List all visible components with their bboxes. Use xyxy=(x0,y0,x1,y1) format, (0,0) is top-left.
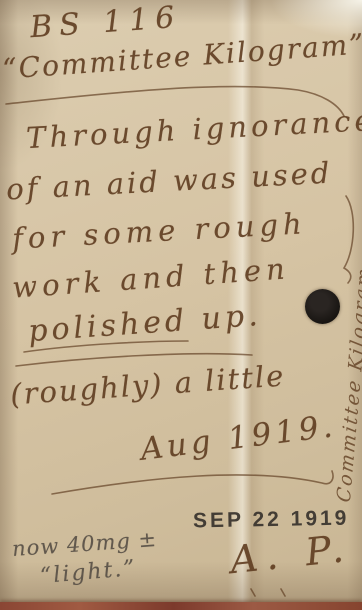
pencil-note-line: now 40mg ± xyxy=(11,527,157,561)
annotation-line: Aug 1919. xyxy=(139,408,339,468)
body-line: Through ignorance xyxy=(25,103,362,155)
body-line: for some rough xyxy=(11,206,307,255)
body-line: of an aid was used xyxy=(5,155,333,206)
torn-edge-strip xyxy=(0,602,362,610)
pencil-note-line: “light.” xyxy=(39,556,137,589)
paper-document: BS 116 “Committee Kilogram” Through igno… xyxy=(0,0,362,610)
body-line: work and then xyxy=(11,251,291,304)
annotation-line: (roughly) a little xyxy=(9,358,286,411)
catalog-number: BS 116 xyxy=(29,0,182,45)
punch-hole xyxy=(305,289,340,324)
body-line: polished up. xyxy=(27,298,263,349)
initials-signature: A. P. xyxy=(228,526,353,582)
